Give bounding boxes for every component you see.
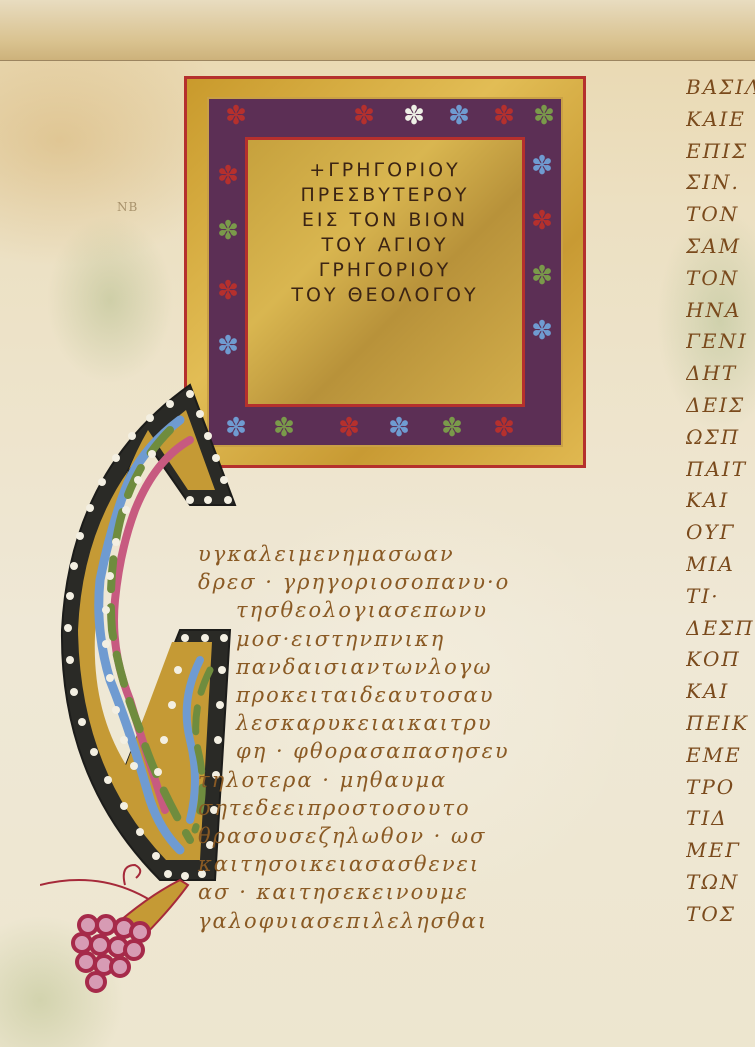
text-line: ΚΟΠ	[686, 644, 755, 676]
leaf-icon: ✽	[444, 99, 474, 133]
text-line: ΤΡΟ	[686, 772, 755, 804]
text-line: ΚΑΙ	[686, 485, 755, 517]
title-line: ΠΡΕΣΒΥΤΕΡΟΥ	[262, 183, 508, 208]
text-line: ΣΑΜ	[686, 231, 755, 263]
text-line: ΤΙΔ	[686, 803, 755, 835]
text-line: πανδαισιαντωνλογω	[198, 653, 558, 681]
title-panel: +ΓΡΗΓΟΡΙΟΥ ΠΡΕΣΒΥΤΕΡΟΥ ΕΙΣ ΤΟΝ ΒΙΟΝ ΤΟΥ …	[245, 137, 525, 407]
title-line: ΤΟΥ ΑΓΙΟΥ	[262, 233, 508, 258]
leaf-icon: ✽	[527, 204, 557, 238]
text-line: φη · φθορασαπασησευ	[198, 737, 558, 765]
text-line: ΒΑΣΙΛ	[686, 72, 755, 104]
text-line: ΣΙΝ.	[686, 167, 755, 199]
title-line: ΓΡΗΓΟΡΙΟΥ	[262, 258, 508, 283]
text-line: ΗΝΑ	[686, 295, 755, 327]
text-line: ΕΠΙΣ	[686, 136, 755, 168]
title-line: +ΓΡΗΓΟΡΙΟΥ	[262, 158, 508, 183]
leaf-icon: ✽	[213, 159, 243, 193]
text-line: ΔΗΤ	[686, 358, 755, 390]
leaf-icon: ✽	[489, 99, 519, 133]
text-line: ΜΕΓ	[686, 835, 755, 867]
text-line: ΔΕΣΠ	[686, 613, 755, 645]
text-line: καιτησοικειασασθενει	[198, 850, 558, 878]
text-line: ΟΥΓ	[686, 517, 755, 549]
leaf-icon: ✽	[221, 99, 251, 133]
leaf-icon: ✽	[489, 411, 519, 445]
page-top-edge	[0, 0, 755, 61]
text-line: ΠΑΙΤ	[686, 454, 755, 486]
text-line: ΤΟΝ	[686, 263, 755, 295]
text-line: ΠΕΙΚ	[686, 708, 755, 740]
main-text-column: υγκαλειμενημασωαν δρεσ · γρηγοριοσοπανυ·…	[198, 540, 558, 935]
marginal-quire-mark: ΝΒ	[117, 200, 138, 214]
right-text-column: ΒΑΣΙΛ ΚΑΙΕ ΕΠΙΣ ΣΙΝ. ΤΟΝ ΣΑΜ ΤΟΝ ΗΝΑ ΓΕΝ…	[686, 72, 755, 931]
title-line: ΕΙΣ ΤΟΝ ΒΙΟΝ	[262, 208, 508, 233]
text-line: ΤΟΣ	[686, 899, 755, 931]
leaf-icon: ✽	[334, 411, 364, 445]
leaf-icon: ✽	[527, 314, 557, 348]
leaf-icon: ✽	[349, 99, 379, 133]
text-line: ΕΜΕ	[686, 740, 755, 772]
leaf-icon: ✽	[213, 274, 243, 308]
text-line: τησθεολογιασεπωνυ	[198, 596, 558, 624]
leaf-icon: ✽	[269, 411, 299, 445]
text-line: θρασουσεζηλωθον · ωσ	[198, 822, 558, 850]
text-line: υγκαλειμενημασωαν	[198, 540, 558, 568]
text-line: ΓΕΝΙ	[686, 326, 755, 358]
leaf-icon: ✽	[384, 411, 414, 445]
text-line: μοσ·ειστηνπνικη	[198, 625, 558, 653]
leaf-icon: ✽	[213, 329, 243, 363]
text-line: ΜΙΑ	[686, 549, 755, 581]
leaf-icon: ✽	[527, 259, 557, 293]
text-line: ΔΕΙΣ	[686, 390, 755, 422]
leaf-icon: ✽	[399, 99, 429, 133]
text-line: προκειταιδεαυτοσαυ	[198, 681, 558, 709]
text-line: ΤΩΝ	[686, 867, 755, 899]
text-line: τηλοτερα · μηθαυμα	[198, 766, 558, 794]
leaf-icon: ✽	[529, 99, 559, 133]
text-line: ΚΑΙ	[686, 676, 755, 708]
text-line: ΚΑΙΕ	[686, 104, 755, 136]
text-line: ασ · καιτησεκεινουμε	[198, 878, 558, 906]
text-line: δρεσ · γρηγοριοσοπανυ·ο	[198, 568, 558, 596]
text-line: ΤΟΝ	[686, 199, 755, 231]
text-line: ΩΣΠ	[686, 422, 755, 454]
leaf-icon: ✽	[213, 214, 243, 248]
leaf-icon: ✽	[527, 149, 557, 183]
text-line: ΤΙ·	[686, 581, 755, 613]
text-line: γαλοφυιασεπιλελησθαι	[198, 907, 558, 935]
leaf-icon: ✽	[437, 411, 467, 445]
title-line: ΤΟΥ ΘΕΟΛΟΓΟΥ	[262, 283, 508, 308]
title-frame: ✽ ✽ ✽ ✽ ✽ ✽ ✽ ✽ ✽ ✽ ✽ ✽ ✽ ✽ ✽ ✽ ✽ ✽ ✽ ✽ …	[184, 76, 586, 468]
text-line: λεσκαρυκειαικαιτρυ	[198, 709, 558, 737]
text-line: σητεδεειπροστοσουτο	[198, 794, 558, 822]
